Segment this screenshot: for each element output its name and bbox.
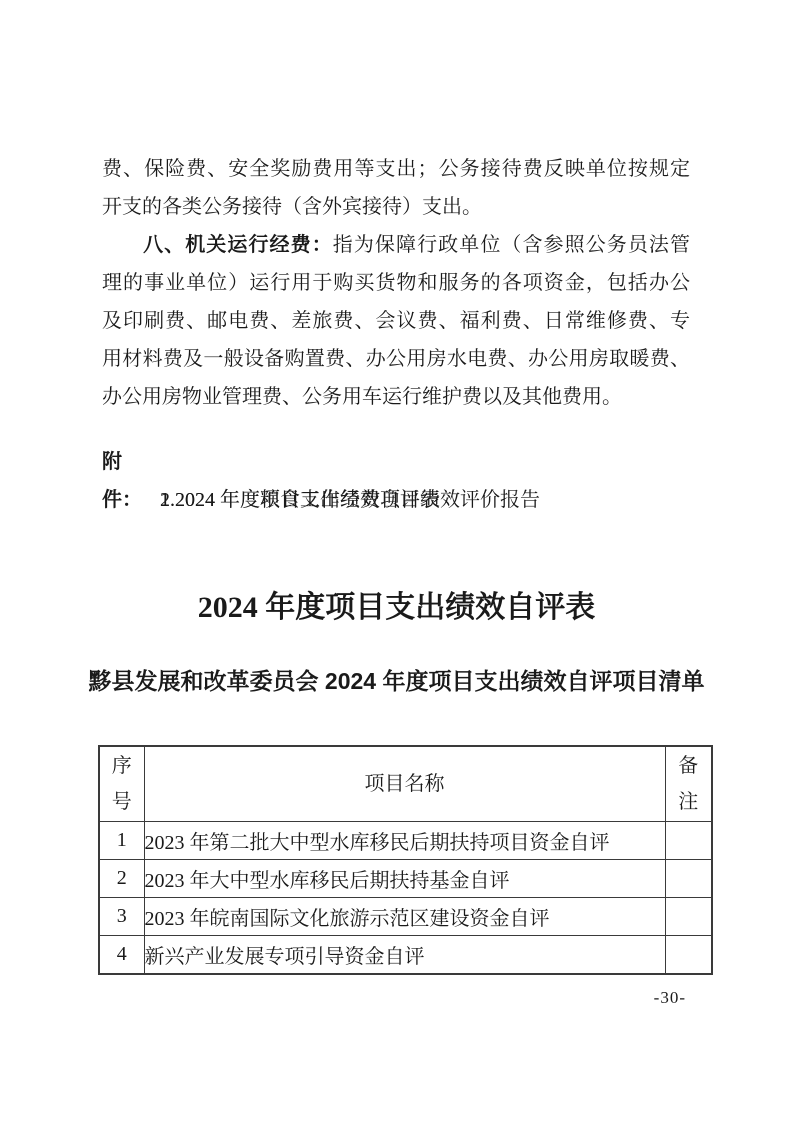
header-cell-note: 备 注 [665,746,712,822]
attachment-item: 2.2024 年度粮食工作经费项目绩效评价报告 [102,481,690,519]
header-cell-name: 项目名称 [144,746,665,822]
page-number: -30- [654,988,686,1008]
table-caption: 黟县发展和改革委员会 2024 年度项目支出绩效自评项目清单 [0,665,793,697]
table-row: 3 2023 年皖南国际文化旅游示范区建设资金自评 [99,898,712,936]
body-line: 及印刷费、邮电费、差旅费、会议费、福利费、日常维修费、专 [102,302,690,340]
project-name-cell: 2023 年皖南国际文化旅游示范区建设资金自评 [144,898,665,936]
body-line: 理的事业单位）运行用于购买货物和服务的各项资金，包括办公 [102,264,690,302]
header-cell-no: 序 号 [99,746,144,822]
section-heading: 八、机关运行经费： [142,234,333,256]
body-line: 办公用房物业管理费、公务用车运行维护费以及其他费用。 [102,378,690,416]
attachment-line: 附件：1.2024 年度项目支出绩效自评表 [102,443,690,481]
project-name-cell: 2023 年大中型水库移民后期扶持基金自评 [144,860,665,898]
note-cell [665,898,712,936]
project-name-cell: 新兴产业发展专项引导资金自评 [144,936,665,975]
note-cell [665,860,712,898]
table-row: 4 新兴产业发展专项引导资金自评 [99,936,712,975]
note-cell [665,936,712,975]
document-title: 2024 年度项目支出绩效自评表 [0,585,793,630]
body-line-text: 指为保障行政单位（含参照公务员法管 [333,234,690,256]
body-line: 开支的各类公务接待（含外宾接待）支出。 [102,188,690,226]
body-line: 八、机关运行经费：指为保障行政单位（含参照公务员法管 [102,226,690,264]
row-number-cell: 3 [99,898,144,936]
row-number-cell: 2 [99,860,144,898]
body-line: 用材料费及一般设备购置费、办公用房水电费、办公用房取暖费、 [102,340,690,378]
row-number-cell: 4 [99,936,144,975]
attachments-label: 附件： [102,443,160,519]
body-text: 费、保险费、安全奖励费用等支出；公务接待费反映单位按规定 开支的各类公务接待（含… [102,150,690,416]
document-page: 费、保险费、安全奖励费用等支出；公务接待费反映单位按规定 开支的各类公务接待（含… [0,0,793,1122]
table-header-row: 序 号 项目名称 备 注 [99,746,712,822]
table-row: 2 2023 年大中型水库移民后期扶持基金自评 [99,860,712,898]
table-row: 1 2023 年第二批大中型水库移民后期扶持项目资金自评 [99,822,712,860]
row-number-cell: 1 [99,822,144,860]
note-cell [665,822,712,860]
project-name-cell: 2023 年第二批大中型水库移民后期扶持项目资金自评 [144,822,665,860]
attachments-block: 附件：1.2024 年度项目支出绩效自评表 2.2024 年度粮食工作经费项目绩… [102,443,690,519]
projects-table: 序 号 项目名称 备 注 1 2023 年第二批大中型水库移民后期扶持项目资金自… [98,745,713,975]
body-line: 费、保险费、安全奖励费用等支出；公务接待费反映单位按规定 [102,150,690,188]
